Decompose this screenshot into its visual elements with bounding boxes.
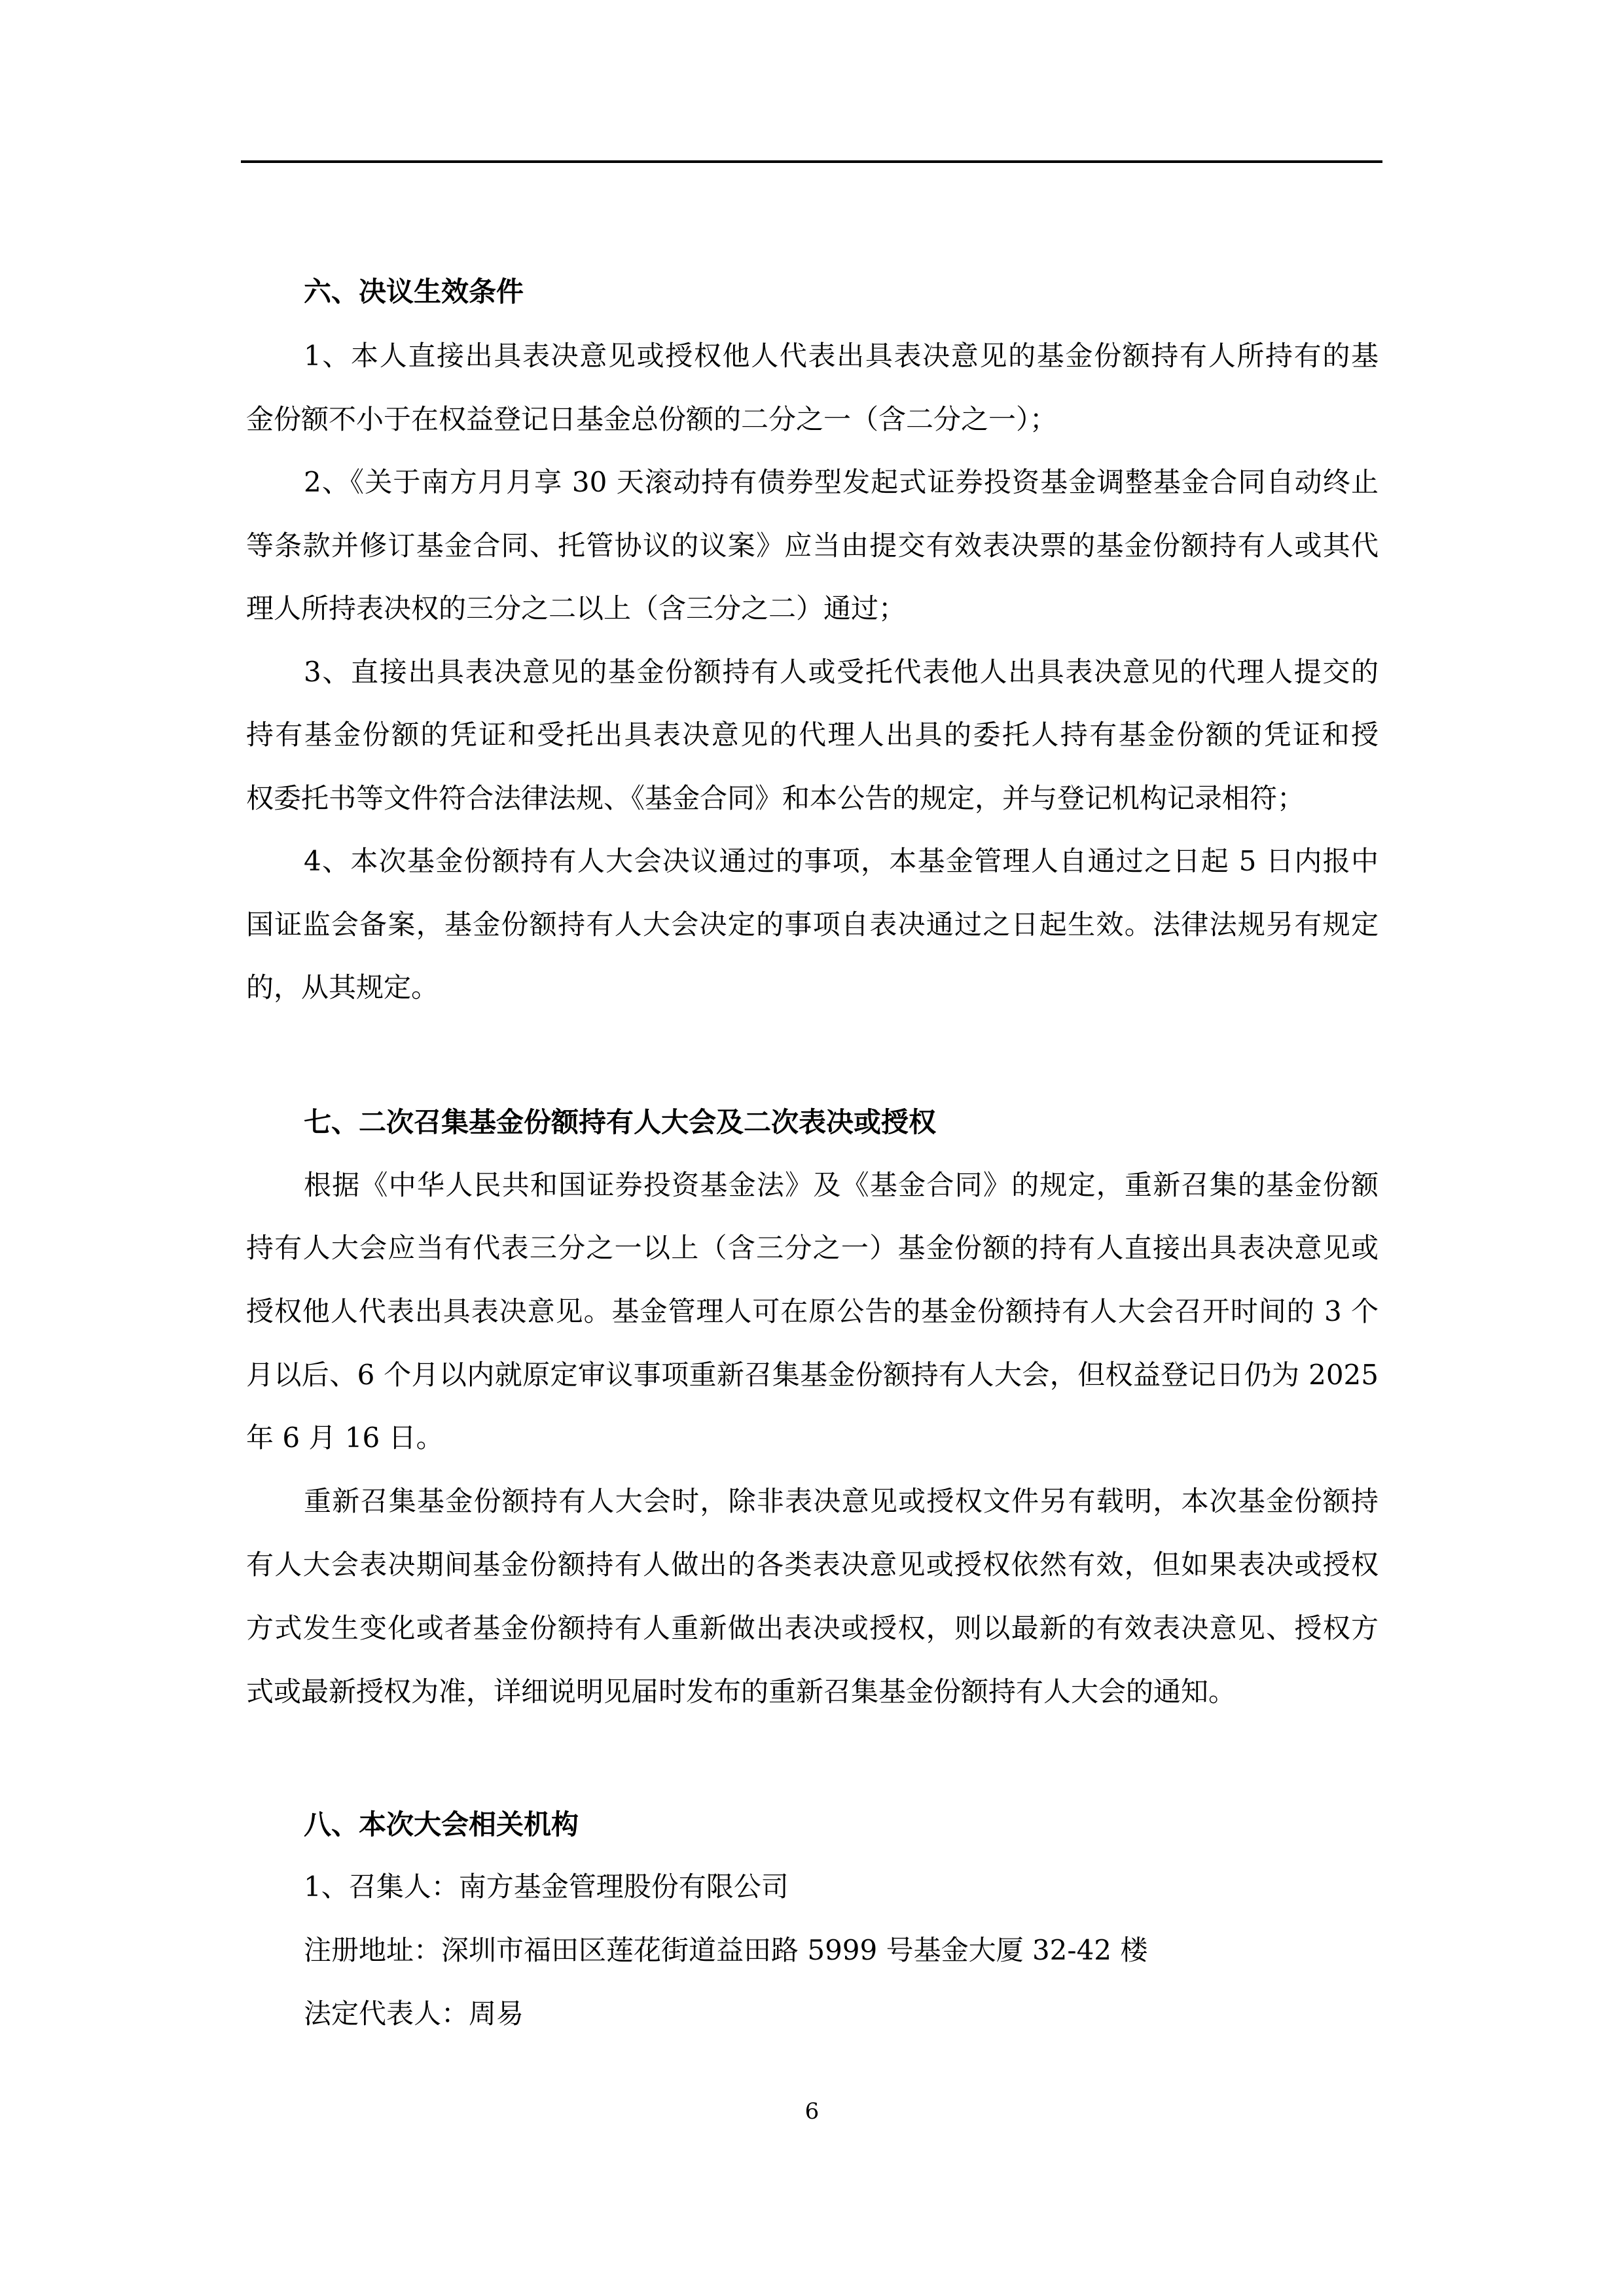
legal-representative-line: 法定代表人：周易 — [304, 1998, 1379, 2030]
paragraph-line: 式或最新授权为准，详细说明见届时发布的重新召集基金份额持有人大会的通知。 — [246, 1676, 1379, 1708]
section-heading-7: 七、二次召集基金份额持有人大会及二次表决或授权 — [304, 1106, 936, 1139]
registered-address-line: 注册地址：深圳市福田区莲花街道益田路 5999 号基金大厦 32-42 楼 — [304, 1934, 1379, 1967]
convener-line: 1、召集人：南方基金管理股份有限公司 — [304, 1871, 1379, 1903]
header-rule — [241, 160, 1382, 163]
paragraph-line: 金份额不小于在权益登记日基金总份额的二分之一（含二分之一）； — [246, 403, 1379, 436]
paragraph-line: 持有人大会应当有代表三分之一以上（含三分之一）基金份额的持有人直接出具表决意见或 — [246, 1232, 1379, 1265]
paragraph-line: 1、本人直接出具表决意见或授权他人代表出具表决意见的基金份额持有人所持有的基 — [304, 340, 1379, 372]
paragraph-line: 方式发生变化或者基金份额持有人重新做出表决或授权，则以最新的有效表决意见、授权方 — [246, 1612, 1379, 1645]
paragraph-line: 根据《中华人民共和国证券投资基金法》及《基金合同》的规定，重新召集的基金份额 — [304, 1169, 1379, 1202]
paragraph-line: 月以后、6 个月以内就原定审议事项重新召集基金份额持有人大会，但权益登记日仍为 … — [246, 1359, 1379, 1391]
section-heading-8: 八、本次大会相关机构 — [304, 1808, 579, 1841]
paragraph-line: 3、直接出具表决意见的基金份额持有人或受托代表他人出具表决意见的代理人提交的 — [304, 656, 1379, 689]
paragraph-line: 有人大会表决期间基金份额持有人做出的各类表决意见或授权依然有效，但如果表决或授权 — [246, 1549, 1379, 1581]
paragraph-line: 等条款并修订基金合同、托管协议的议案》应当由提交有效表决票的基金份额持有人或其代 — [246, 529, 1379, 562]
paragraph-line: 权委托书等文件符合法律法规、《基金合同》和本公告的规定，并与登记机构记录相符； — [246, 782, 1379, 815]
page-number: 6 — [0, 2098, 1624, 2125]
paragraph-line: 授权他人代表出具表决意见。基金管理人可在原公告的基金份额持有人大会召开时间的 3… — [246, 1295, 1379, 1328]
section-heading-6: 六、决议生效条件 — [304, 276, 524, 308]
paragraph-line: 年 6 月 16 日。 — [246, 1422, 1379, 1454]
paragraph-line: 2、《关于南方月月享 30 天滚动持有债券型发起式证券投资基金调整基金合同自动终… — [304, 466, 1379, 499]
paragraph-line: 4、本次基金份额持有人大会决议通过的事项，本基金管理人自通过之日起 5 日内报中 — [304, 845, 1379, 878]
paragraph-line: 持有基金份额的凭证和受托出具表决意见的代理人出具的委托人持有基金份额的凭证和授 — [246, 719, 1379, 751]
paragraph-line: 重新召集基金份额持有人大会时，除非表决意见或授权文件另有载明，本次基金份额持 — [304, 1485, 1379, 1518]
paragraph-line: 国证监会备案，基金份额持有人大会决定的事项自表决通过之日起生效。法律法规另有规定 — [246, 908, 1379, 941]
paragraph-line: 理人所持表决权的三分之二以上（含三分之二）通过； — [246, 592, 1379, 625]
paragraph-line: 的，从其规定。 — [246, 971, 1379, 1004]
